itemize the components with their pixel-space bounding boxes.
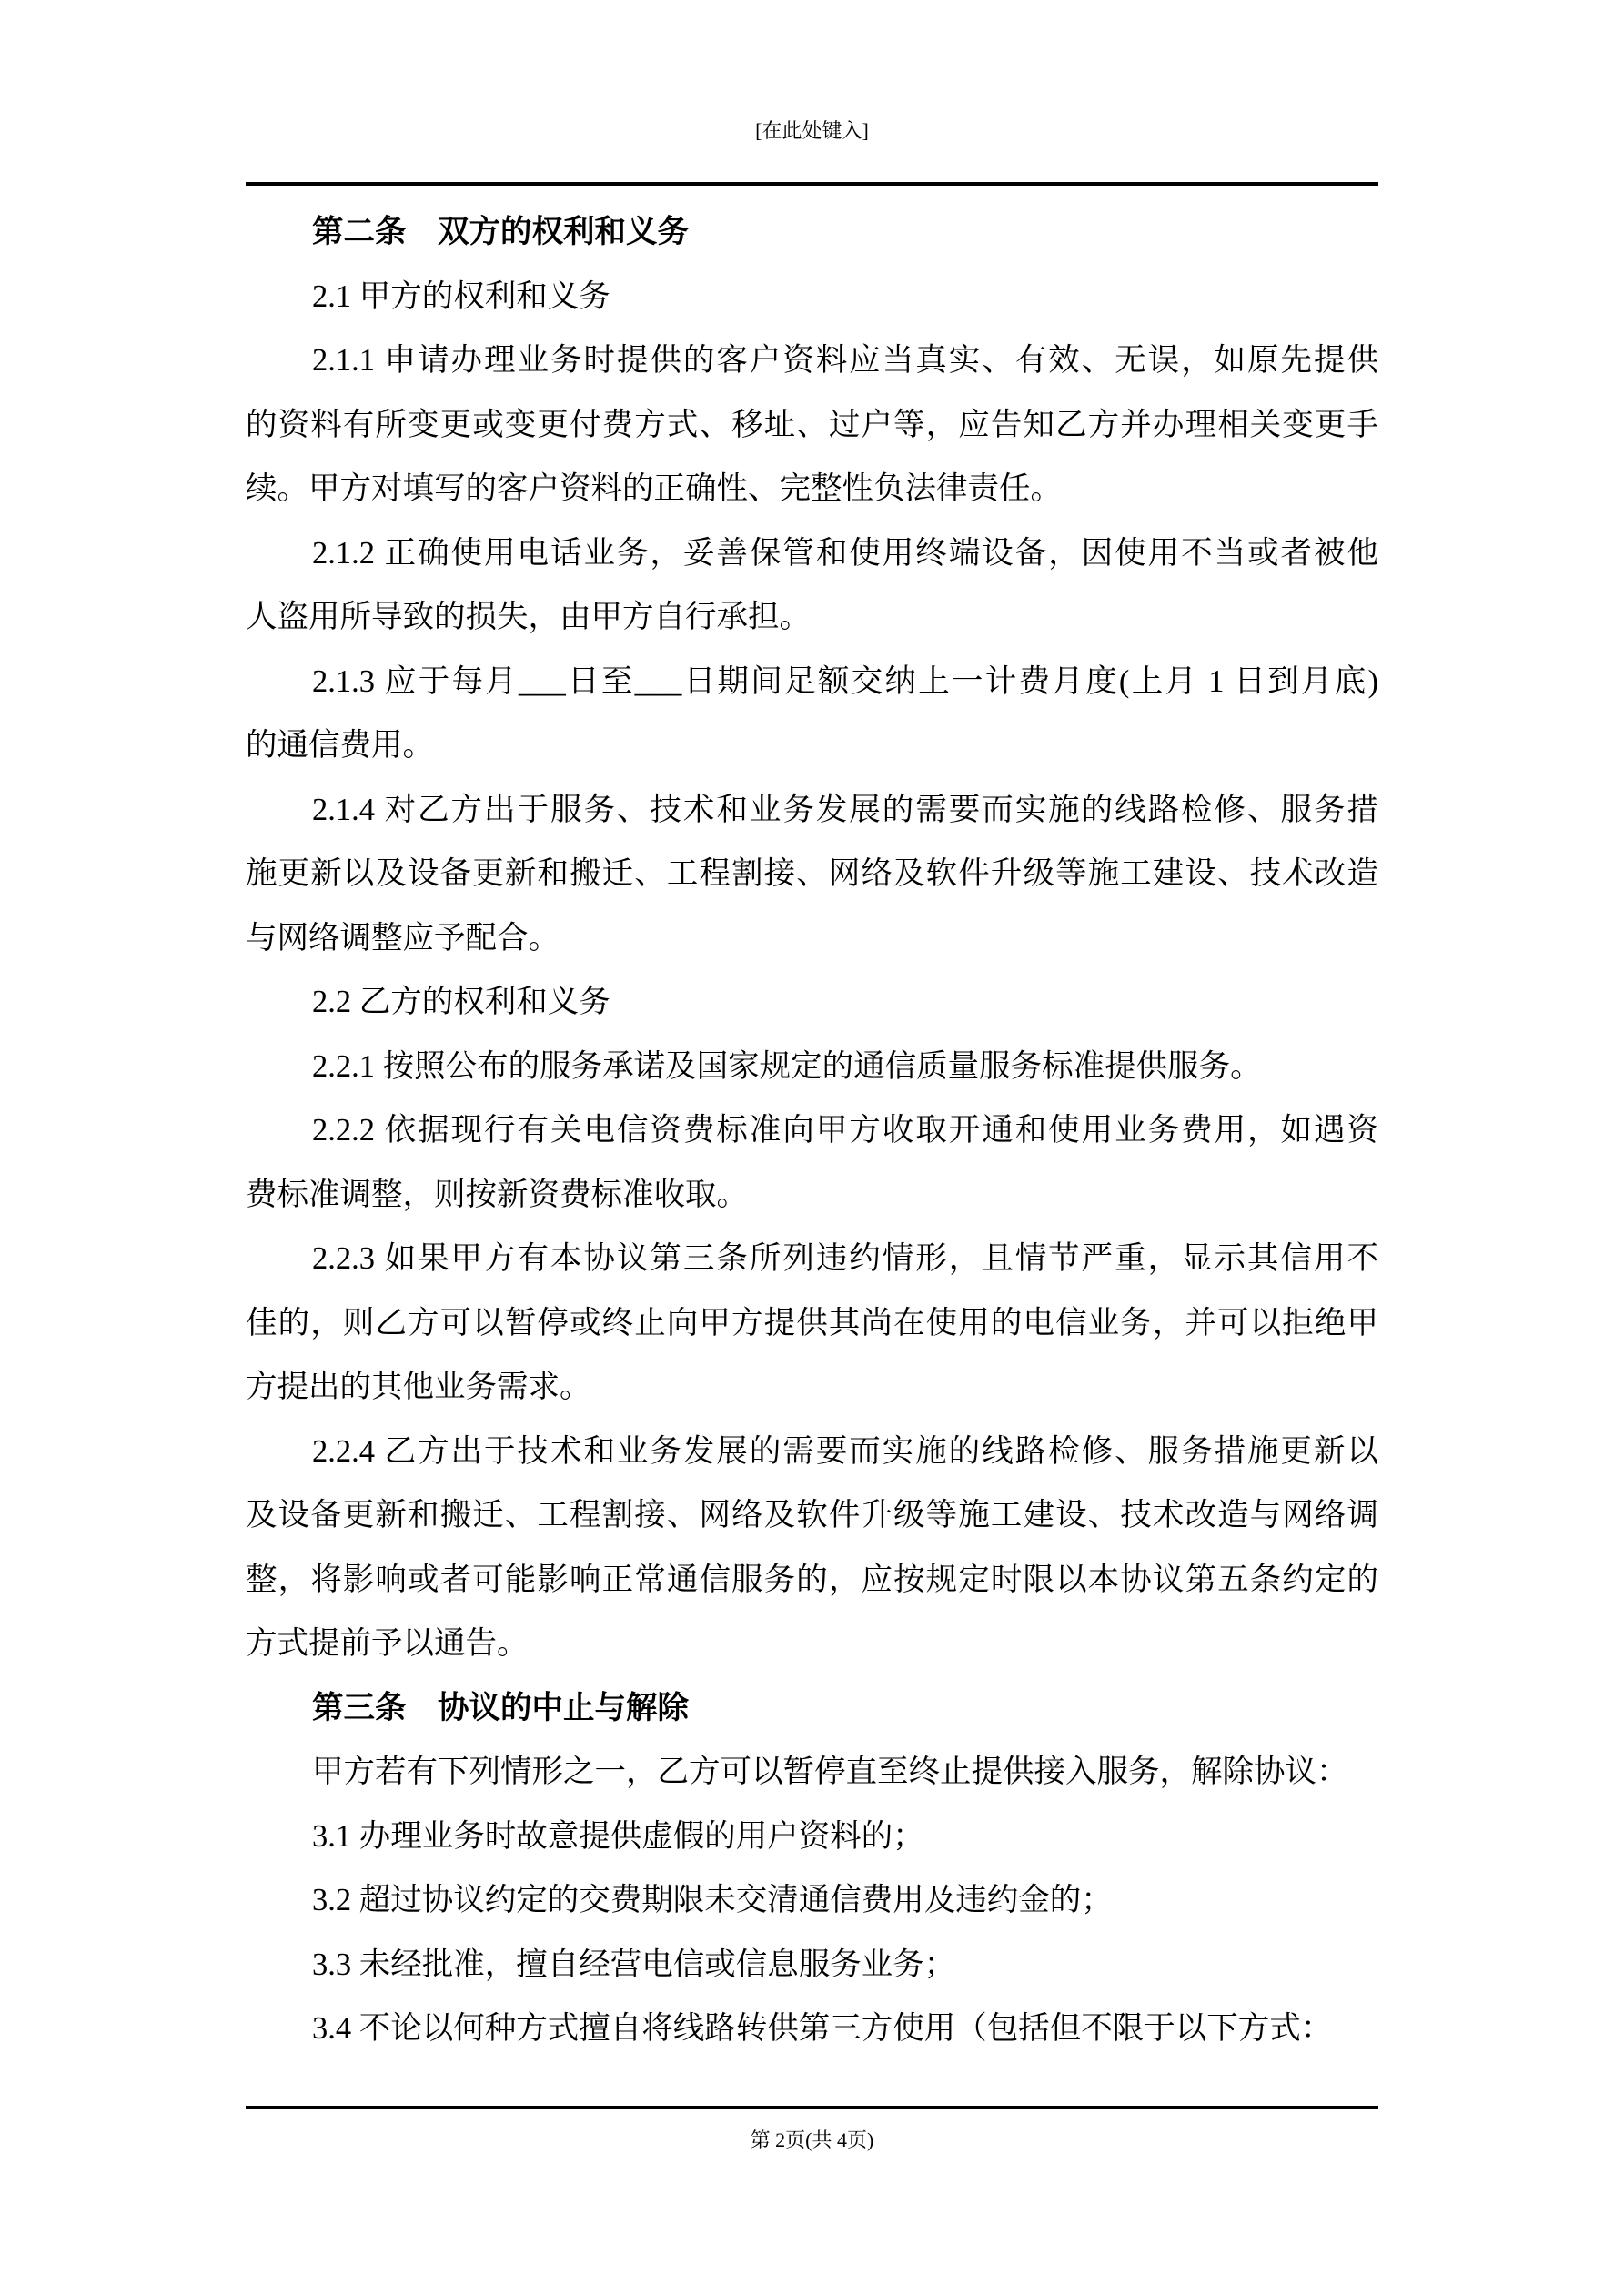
paragraph-line: 续。甲方对填写的客户资料的正确性、完整性负法律责任。 (246, 457, 1378, 521)
page-header: [在此处键入] (0, 116, 1624, 146)
footer-rule (246, 2106, 1378, 2109)
paragraph-line: 费标准调整，则按新资费标准收取。 (246, 1163, 1378, 1228)
paragraph-line: 的资料有所变更或变更付费方式、移址、过户等，应告知乙方并办理相关变更手 (246, 393, 1378, 458)
paragraph-line: 及设备更新和搬迁、工程割接、网络及软件升级等施工建设、技术改造与网络调 (246, 1483, 1378, 1548)
document-page: [在此处键入] 第二条 双方的权利和义务2.1 甲方的权利和义务2.1.1 申请… (0, 0, 1624, 2296)
paragraph-line: 3.1 办理业务时故意提供虚假的用户资料的； (246, 1805, 1378, 1869)
paragraph-line: 2.2.3 如果甲方有本协议第三条所列违约情形，且情节严重，显示其信用不 (246, 1227, 1378, 1291)
header-rule (246, 182, 1378, 186)
paragraph-line: 2.1.1 申请办理业务时提供的客户资料应当真实、有效、无误，如原先提供 (246, 329, 1378, 393)
paragraph-line: 2.1.3 应于每月___日至___日期间足额交纳上一计费月度(上月 1 日到月… (246, 650, 1378, 714)
paragraph-line: 2.1.4 对乙方出于服务、技术和业务发展的需要而实施的线路检修、服务措 (246, 778, 1378, 843)
paragraph-line: 2.1.2 正确使用电话业务，妥善保管和使用终端设备，因使用不当或者被他 (246, 521, 1378, 586)
paragraph-line: 3.3 未经批准，擅自经营电信或信息服务业务； (246, 1933, 1378, 1998)
paragraph-line: 人盗用所导致的损失，由甲方自行承担。 (246, 585, 1378, 650)
paragraph-line: 2.2.4 乙方出于技术和业务发展的需要而实施的线路检修、服务措施更新以 (246, 1420, 1378, 1484)
paragraph-line: 2.2.1 按照公布的服务承诺及国家规定的通信质量服务标准提供服务。 (246, 1035, 1378, 1099)
paragraph-line: 整，将影响或者可能影响正常通信服务的，应按规定时限以本协议第五条约定的 (246, 1548, 1378, 1613)
footer-page-number: 第 2页(共 4页) (751, 2129, 874, 2151)
page-footer: 第 2页(共 4页) (0, 2126, 1624, 2155)
paragraph-line: 方提出的其他业务需求。 (246, 1355, 1378, 1420)
paragraph-line: 2.1 甲方的权利和义务 (246, 265, 1378, 329)
paragraph-line: 施更新以及设备更新和搬迁、工程割接、网络及软件升级等施工建设、技术改造 (246, 842, 1378, 906)
paragraph-line: 的通信费用。 (246, 713, 1378, 778)
paragraph-line: 3.4 不论以何种方式擅自将线路转供第三方使用（包括但不限于以下方式： (246, 1997, 1378, 2061)
paragraph-line: 与网络调整应予配合。 (246, 906, 1378, 971)
paragraph-line: 方式提前予以通告。 (246, 1612, 1378, 1676)
paragraph-line: 2.2 乙方的权利和义务 (246, 970, 1378, 1035)
section-heading-line: 第三条 协议的中止与解除 (246, 1676, 1378, 1741)
header-placeholder-text: [在此处键入] (755, 119, 869, 142)
paragraph-line: 佳的，则乙方可以暂停或终止向甲方提供其尚在使用的电信业务，并可以拒绝甲 (246, 1291, 1378, 1356)
paragraph-line: 3.2 超过协议约定的交费期限未交清通信费用及违约金的； (246, 1868, 1378, 1933)
document-body: 第二条 双方的权利和义务2.1 甲方的权利和义务2.1.1 申请办理业务时提供的… (246, 200, 1378, 2061)
paragraph-line: 甲方若有下列情形之一，乙方可以暂停直至终止提供接入服务，解除协议： (246, 1740, 1378, 1805)
section-heading-line: 第二条 双方的权利和义务 (246, 200, 1378, 265)
paragraph-line: 2.2.2 依据现行有关电信资费标准向甲方收取开通和使用业务费用，如遇资 (246, 1098, 1378, 1163)
